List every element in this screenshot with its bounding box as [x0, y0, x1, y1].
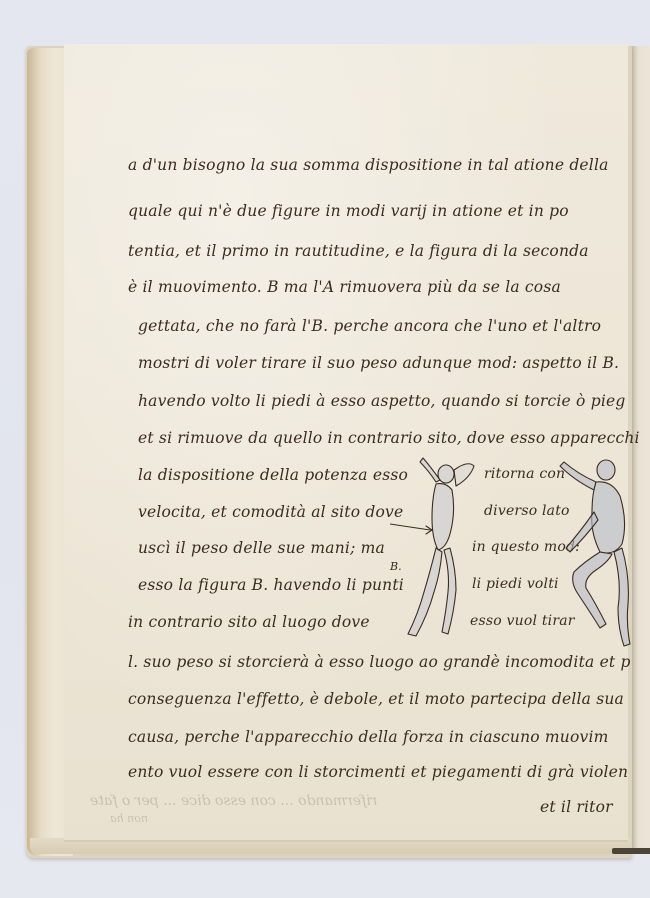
figure-b-drawing [556, 452, 634, 652]
manuscript-line: esso la figura B. havendo li punti [138, 576, 404, 594]
manuscript-line: è il muovimento. B ma l'A rimuovera più … [128, 278, 561, 296]
manuscript-line: in contrario sito al luogo dove [128, 613, 370, 631]
figure-a-label: B. [390, 560, 402, 573]
manuscript-line: l. suo peso si storcierà à esso luogo ao… [128, 653, 631, 671]
manuscript-line: conseguenza l'effetto, è debole, et il m… [128, 690, 624, 708]
bleedthrough-text: non ha [110, 812, 148, 825]
manuscript-line: causa, perche l'apparecchio della forza … [128, 728, 609, 746]
manuscript-line: havendo volto li piedi à esso aspetto, q… [138, 392, 625, 410]
manuscript-side-line: li piedi volti [472, 576, 559, 592]
nude-figure-icon [556, 452, 634, 652]
manuscript-line: velocita, et comodità al sito dove [138, 503, 403, 521]
binding-mark [612, 848, 650, 854]
manuscript-line: ento vuol essere con li storcimenti et p… [128, 763, 628, 781]
manuscript-line: quale qui n'è due figure in modi varij i… [128, 202, 569, 220]
manuscript-line: mostri di voler tirare il suo peso adunq… [138, 354, 619, 372]
manuscript-line: et il ritor [540, 798, 613, 816]
manuscript-line: uscì il peso delle sue mani; ma [138, 539, 385, 557]
manuscript-line: et si rimuove da quello in contrario sit… [138, 429, 640, 447]
manuscript-line: la dispositione della potenza esso [138, 466, 408, 484]
manuscript-side-line: ritorna con [484, 466, 565, 482]
nude-figure-icon [390, 452, 478, 652]
manuscript-line: a d'un bisogno la sua somma dispositione… [128, 156, 609, 174]
manuscript-line: tentia, et il primo in rautitudine, e la… [128, 242, 589, 260]
figure-a-drawing [390, 452, 478, 652]
bleedthrough-text: rifermando ... con esso dice ... per o f… [90, 793, 377, 809]
manuscript-line: gettata, che no farà l'B. perche ancora … [138, 317, 601, 335]
